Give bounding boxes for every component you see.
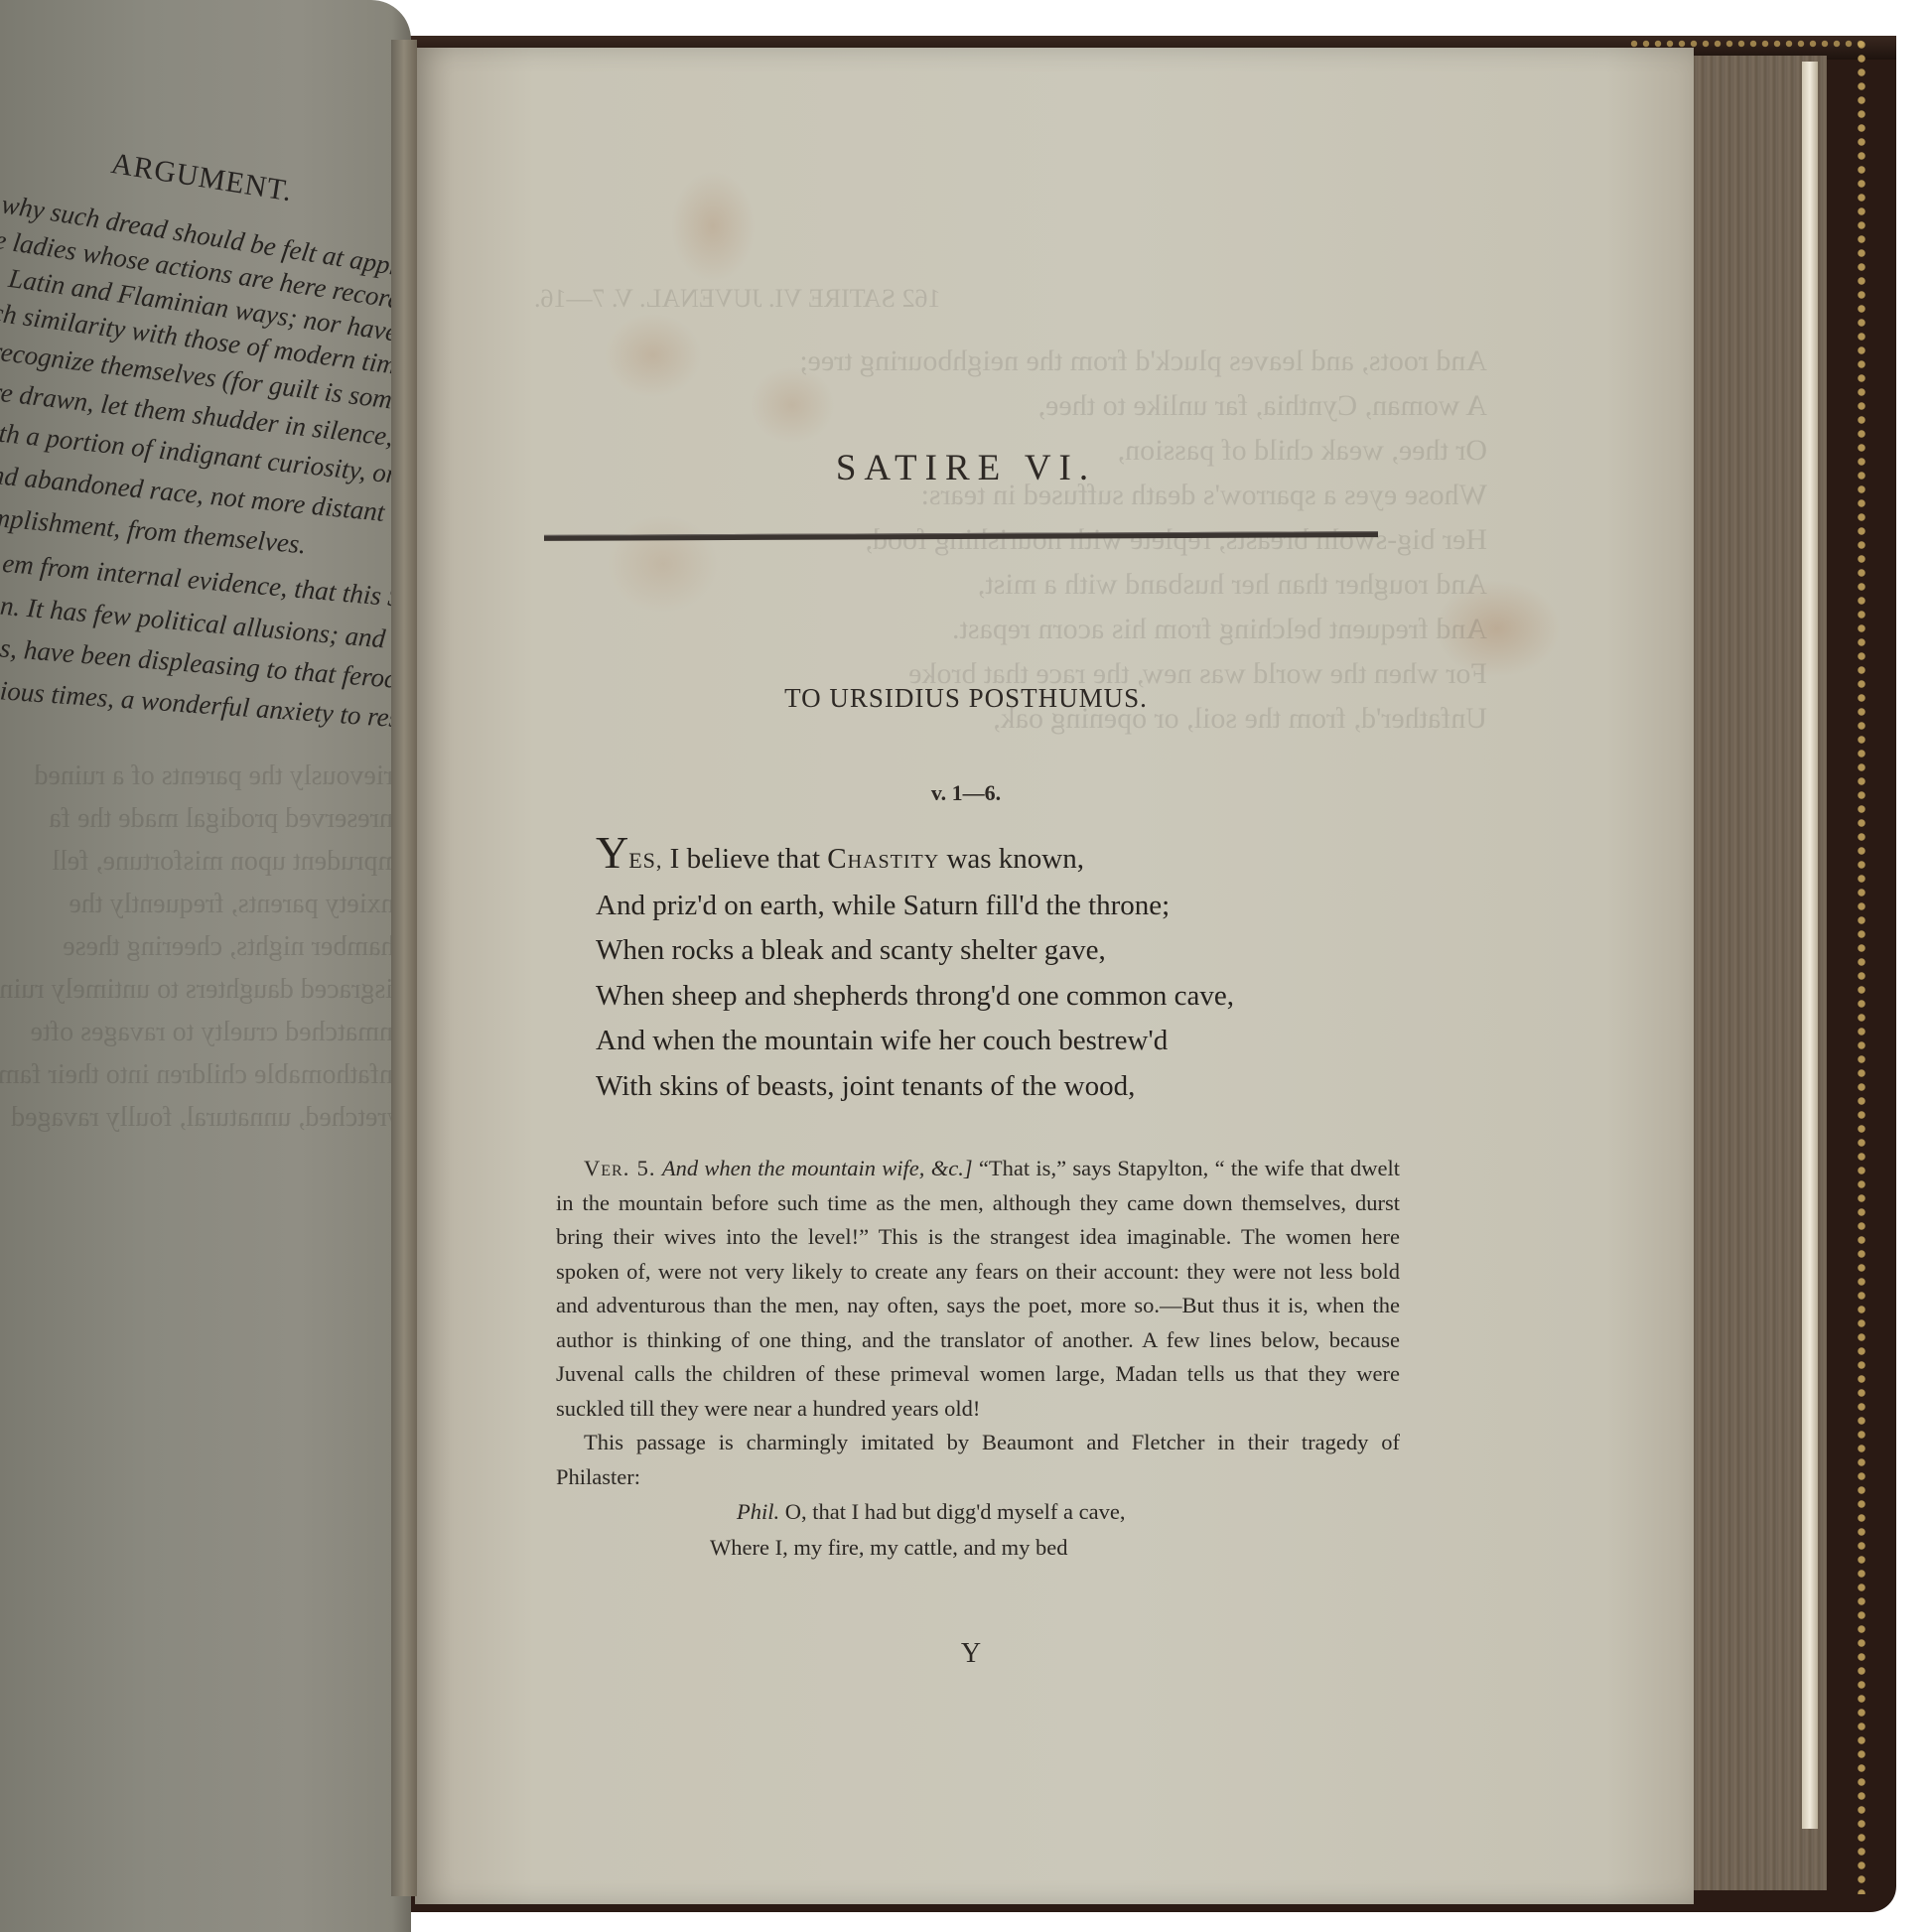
- signature-mark: Y: [415, 1638, 1527, 1670]
- show-through-running-head: 162 SATIRE VI. JUVENAL. V. 7—16.: [534, 276, 1487, 321]
- chapter-title: SATIRE VI.: [415, 447, 1517, 489]
- quote-line: Phil. O, that I had but digg'd myself a …: [556, 1494, 1400, 1530]
- poem-line: With skins of beasts, joint tenants of t…: [596, 1064, 1390, 1110]
- gilt-tooling-border: [1855, 38, 1868, 1894]
- verse-range: v. 1—6.: [415, 780, 1517, 806]
- left-show-through-text: grievously the parents of a ruined unres…: [0, 755, 407, 1139]
- poem-line: And when the mountain wife her couch bes…: [596, 1019, 1390, 1064]
- quote-line: Where I, my fire, my cattle, and my bed: [556, 1530, 1400, 1566]
- footnote-reference: And when the mountain wife, &c.]: [662, 1156, 973, 1180]
- poem-line: When rocks a bleak and scanty shelter ga…: [596, 928, 1390, 974]
- quote-speaker: Phil.: [737, 1499, 779, 1524]
- left-page: ARGUMENT. why such dread should be felt …: [0, 0, 411, 1932]
- argument-text: why such dread should be felt at approac…: [0, 181, 411, 710]
- dedication-heading: TO URSIDIUS POSTHUMUS.: [415, 683, 1517, 714]
- gutter-fold: [391, 40, 417, 1896]
- footnote-philaster: This passage is charmingly imitated by B…: [556, 1426, 1400, 1494]
- right-page: 162 SATIRE VI. JUVENAL. V. 7—16. And roo…: [415, 48, 1694, 1904]
- page-fore-edge-highlight: [1802, 62, 1818, 1829]
- poem-block: YES, I believe that Chastity was known, …: [596, 837, 1390, 1109]
- drop-cap: Y: [596, 827, 628, 878]
- footnote-text: “That is,” says Stapylton, “ the wife th…: [556, 1156, 1400, 1421]
- poem-line: And priz'd on earth, while Saturn fill'd…: [596, 884, 1390, 929]
- poem-line: YES, I believe that Chastity was known,: [596, 837, 1390, 884]
- poem-line: When sheep and shepherds throng'd one co…: [596, 974, 1390, 1020]
- show-through-text: 162 SATIRE VI. JUVENAL. V. 7—16. And roo…: [534, 276, 1487, 741]
- footnote-ver-5: Ver. 5. And when the mountain wife, &c.]…: [556, 1152, 1400, 1426]
- footnote-label: Ver. 5.: [584, 1156, 656, 1180]
- footnotes: Ver. 5. And when the mountain wife, &c.]…: [556, 1152, 1400, 1566]
